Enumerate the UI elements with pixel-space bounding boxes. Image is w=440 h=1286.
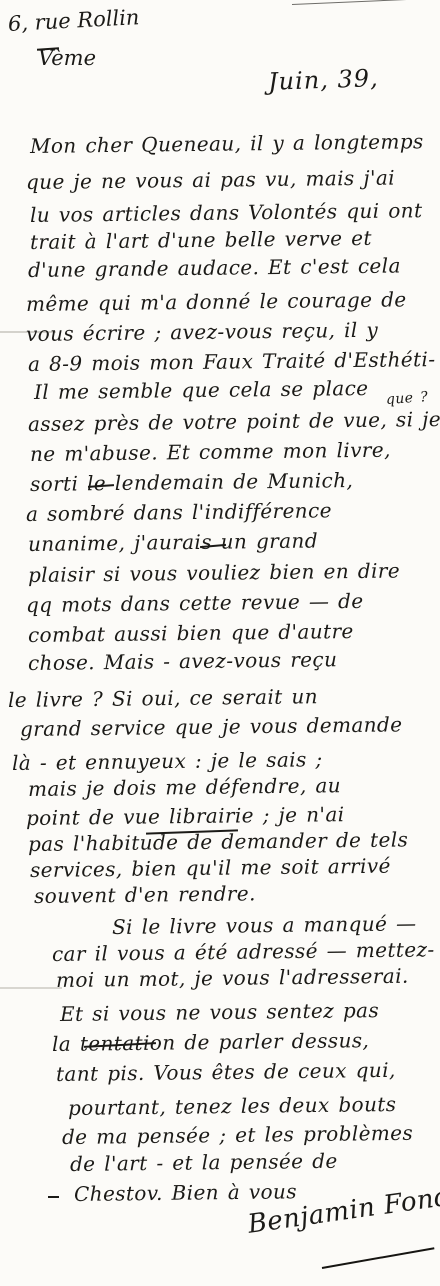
manuscript-line: que je ne vous ai pas vu, mais j'ai	[26, 165, 395, 194]
manuscript-line: ne m'abuse. Et comme mon livre,	[30, 438, 391, 466]
manuscript-line: mais je dois me défendre, au	[28, 773, 341, 801]
letter-page: 6, rue Rollin Vème Juin, 39, Mon cher Qu…	[0, 0, 440, 1286]
manuscript-line: moi un mot, je vous l'adresserai.	[56, 964, 409, 992]
manuscript-line: Mon cher Queneau, il y a longtemps	[30, 129, 424, 158]
manuscript-line: la tentation de parler dessus,	[52, 1028, 369, 1056]
manuscript-line: lu vos articles dans Volontés qui ont	[30, 198, 423, 227]
manuscript-line: a sombré dans l'indifférence	[26, 498, 332, 526]
manuscript-line: grand service que je vous demande	[20, 712, 403, 741]
manuscript-line: pourtant, tenez les deux bouts	[68, 1092, 397, 1120]
manuscript-line: qq mots dans cette revue — de	[26, 589, 364, 617]
manuscript-line: Chestov. Bien à vous	[74, 1179, 297, 1206]
margin-dash-mark	[48, 1196, 59, 1198]
scan-edge-line	[292, 0, 440, 5]
manuscript-line: services, bien qu'il me soit arrivé	[30, 854, 391, 882]
manuscript-line: tant pis. Vous êtes de ceux qui,	[56, 1058, 396, 1086]
manuscript-line: pas l'habitude de demander de tels	[28, 827, 409, 856]
manuscript-line: plaisir si vous vouliez bien en dire	[28, 558, 400, 587]
manuscript-line: de ma pensée ; et les problèmes	[62, 1121, 413, 1149]
manuscript-line: Et si vous ne vous sentez pas	[60, 998, 379, 1026]
address-line-2: Vème	[38, 46, 96, 70]
scan-streak	[0, 987, 62, 989]
manuscript-line: sorti le lendemain de Munich,	[30, 468, 353, 496]
manuscript-line: d'une grande audace. Et c'est cela	[28, 253, 401, 282]
manuscript-line: Il me semble que cela se place	[34, 376, 369, 404]
manuscript-line: a 8-9 mois mon Faux Traité d'Esthéti-	[28, 347, 436, 376]
manuscript-line: de l'art - et la pensée de	[70, 1149, 338, 1176]
manuscript-line: là - et ennuyeux : je le sais ;	[12, 747, 323, 775]
manuscript-line: que ?	[385, 389, 428, 408]
manuscript-line: Si le livre vous a manqué —	[112, 911, 417, 939]
manuscript-line: souvent d'en rendre.	[34, 881, 256, 908]
manuscript-line: unanime, j'aurais un grand	[28, 528, 318, 556]
manuscript-line: chose. Mais - avez-vous reçu	[28, 647, 338, 675]
letter-date: Juin, 39,	[268, 64, 380, 96]
manuscript-line: trait à l'art d'une belle verve et	[30, 226, 372, 254]
manuscript-line: même qui m'a donné le courage de	[26, 287, 407, 316]
signature-underline-flourish	[322, 1247, 435, 1269]
manuscript-line: point de vue librairie ; je n'ai	[26, 802, 345, 830]
manuscript-line: vous écrire ; avez-vous reçu, il y	[26, 318, 378, 346]
manuscript-line: le livre ? Si oui, ce serait un	[8, 684, 318, 712]
manuscript-line: car il vous a été adressé — mettez-	[52, 937, 435, 966]
manuscript-line: assez près de votre point de vue, si je	[28, 407, 440, 436]
manuscript-line: combat aussi bien que d'autre	[28, 619, 354, 647]
address-line-1: 6, rue Rollin	[7, 5, 140, 36]
